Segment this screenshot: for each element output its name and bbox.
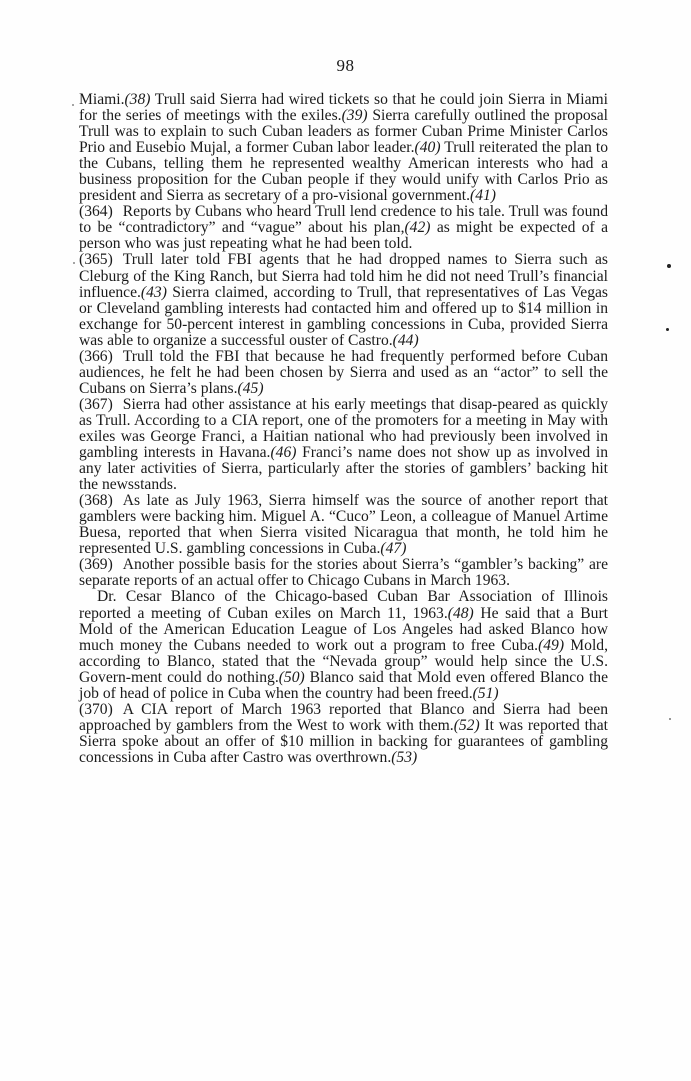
footnote-reference: (51) [473,685,499,702]
paragraph-p370: (370)A CIA report of March 1963 reported… [79,702,608,766]
paragraph-p369: (369)Another possible basis for the stor… [79,557,608,589]
scan-speck [667,264,671,268]
footnote-reference: (42) [404,219,430,236]
paragraph-cont: Miami.(38) Trull said Sierra had wired t… [79,92,608,204]
footnote-reference: (40) [415,139,441,156]
paragraph-number: (365) [79,251,113,268]
footnote-reference: (44) [393,332,419,349]
paragraph-p365: (365)Trull later told FBI agents that he… [79,252,608,348]
paragraph-p367: (367)Sierra had other assistance at his … [79,397,608,493]
page-number: 98 [0,56,691,76]
document-page: 98 Miami.(38) Trull said Sierra had wire… [0,0,691,1081]
footnote-reference: (43) [141,284,167,301]
paragraph-number: (368) [79,492,113,509]
footnote-reference: (38) [124,91,150,108]
footnote-reference: (39) [342,107,368,124]
footnote-reference: (46) [270,444,296,461]
footnote-reference: (48) [448,605,474,622]
scan-speck [72,104,74,106]
paragraph-number: (367) [79,396,113,413]
scan-speck [666,328,669,331]
paragraph-number: (369) [79,556,113,573]
footnote-reference: (47) [380,540,406,557]
paragraph-number: (370) [79,701,113,718]
footnote-reference: (41) [470,187,496,204]
scan-speck [73,262,75,264]
paragraph-p369b: Dr. Cesar Blanco of the Chicago-based Cu… [79,589,608,701]
paragraph-number: (366) [79,348,113,365]
scan-speck [669,718,671,720]
footnote-reference: (53) [391,749,417,766]
footnote-reference: (45) [238,380,264,397]
footnote-reference: (50) [279,669,305,686]
paragraph-p368: (368)As late as July 1963, Sierra himsel… [79,493,608,557]
body-text: Miami.(38) Trull said Sierra had wired t… [79,92,608,766]
footnote-reference: (49) [538,637,564,654]
paragraph-number: (364) [79,203,113,220]
footnote-reference: (52) [454,717,480,734]
paragraph-p364: (364)Reports by Cubans who heard Trull l… [79,204,608,252]
paragraph-p366: (366)Trull told the FBI that because he … [79,349,608,397]
